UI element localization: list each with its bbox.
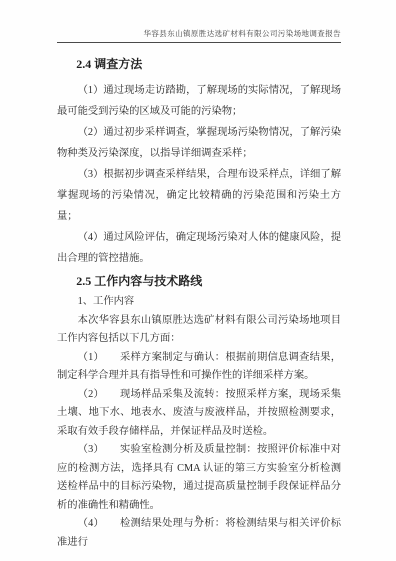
- section-2-4-paragraph-2: （2）通过初步采样调查，掌握现场污染物情况，了解污染物种类及污染深度，以指导详细…: [57, 122, 341, 164]
- section-2-5-subheading: 1、工作内容: [57, 293, 341, 312]
- page-number: 9: [0, 513, 396, 523]
- document-page: 华容县东山镇原胜达选矿材料有限公司污染场地调查报告 2.4 调查方法 （1）通过…: [0, 0, 396, 561]
- section-2-4-paragraph-1: （1）通过现场走访踏勘，了解现场的实际情况，了解现场最可能受到污染的区域及可能的…: [57, 80, 341, 122]
- section-2-5-item-3: （3） 实验室检测分析及质量控制：按照评价标准中对应的检测方法，选择具有 CMA…: [57, 441, 341, 515]
- section-2-5-item-2: （2） 现场样品采集及流转：按照采样方案，现场采集土壤、地下水、地表水、废渣与废…: [57, 386, 341, 442]
- section-2-5-item-1: （1） 采样方案制定与确认：根据前期信息调查结果，制定科学合理并具有指导性和可操…: [57, 349, 341, 386]
- section-2-4-paragraph-4: （4）通过风险评估，确定现场污染对人体的健康风险，提出合理的管控措施。: [57, 227, 341, 269]
- section-2-4-paragraph-3: （3）根据初步调查采样结果，合理布设采样点，详细了解掌握现场的污染情况，确定比较…: [57, 164, 341, 227]
- header-rule: [57, 42, 341, 43]
- section-2-4-heading: 2.4 调查方法: [57, 56, 341, 72]
- section-2-5-heading: 2.5 工作内容与技术路线: [57, 273, 341, 289]
- document-content: 2.4 调查方法 （1）通过现场走访踏勘，了解现场的实际情况，了解现场最可能受到…: [57, 50, 341, 552]
- section-2-5-intro: 本次华容县东山镇原胜达选矿材料有限公司污染场地项目工作内容包括以下几方面：: [57, 312, 341, 349]
- page-header-title: 华容县东山镇原胜达选矿材料有限公司污染场地调查报告: [57, 29, 341, 39]
